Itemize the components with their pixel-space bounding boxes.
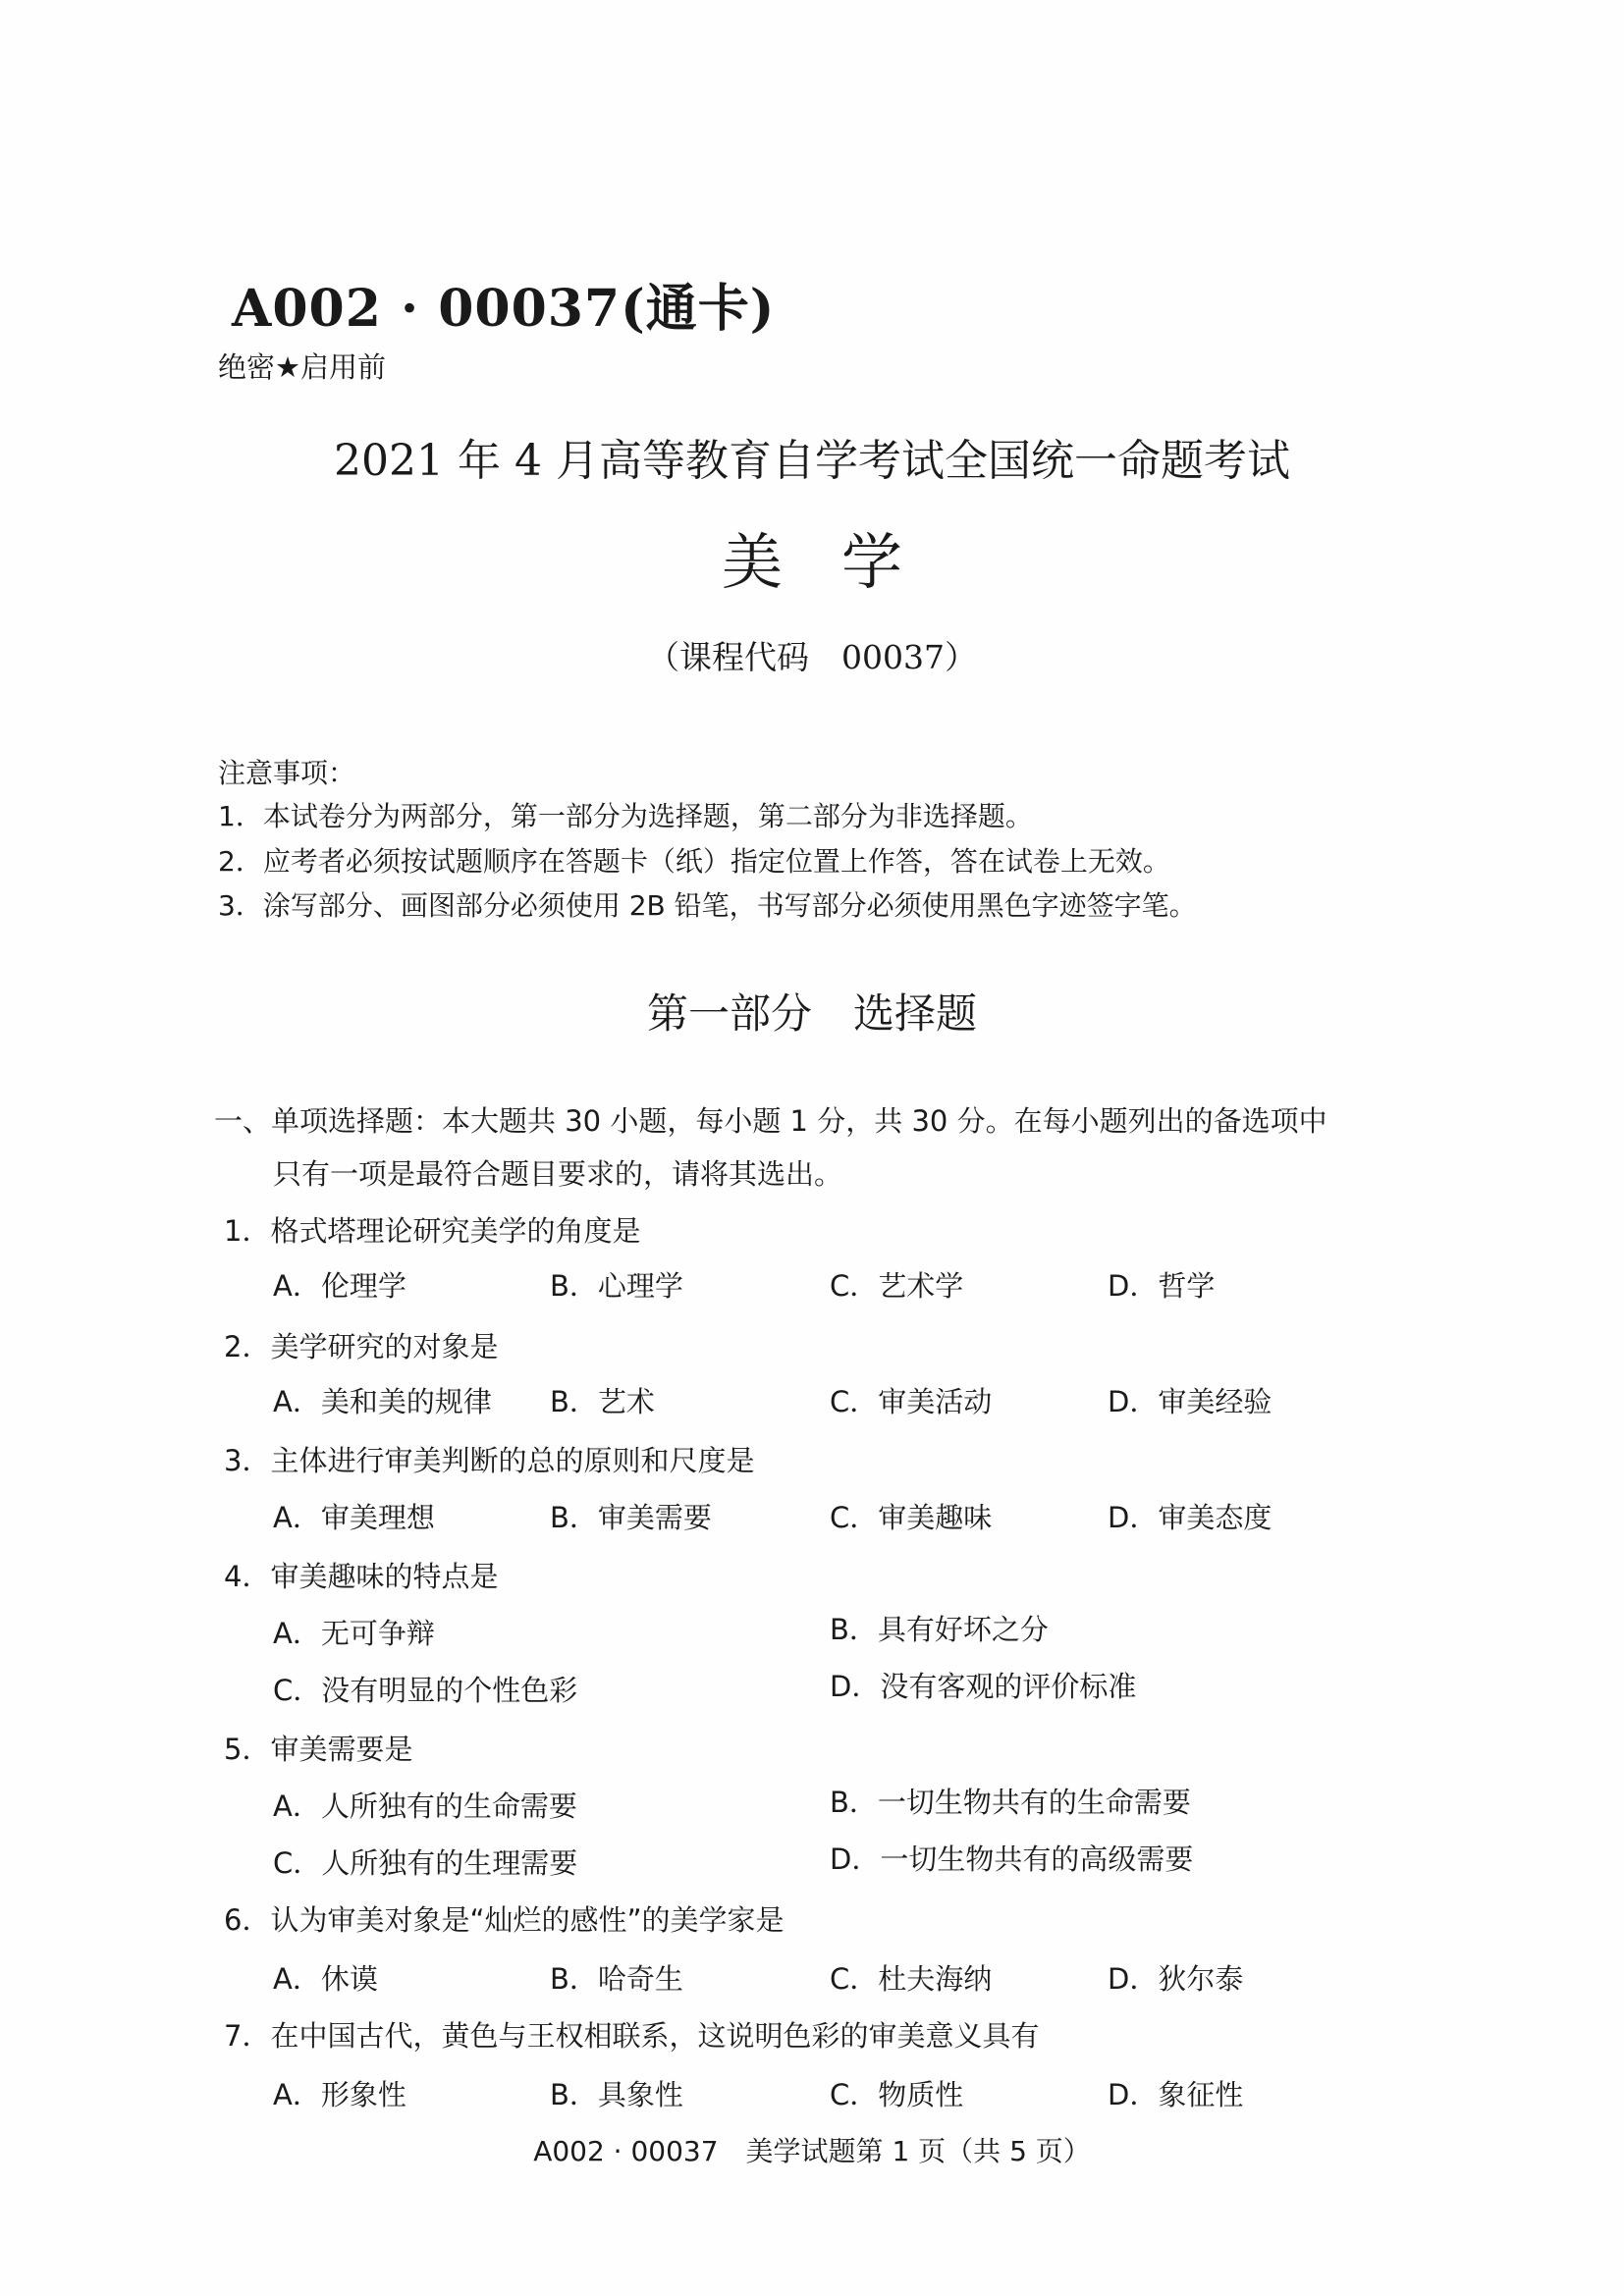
question-stem: 6．认为审美对象是“灿烂的感性”的美学家是 xyxy=(224,1898,785,1939)
option-b: B．哈奇生 xyxy=(550,1957,683,1998)
option-b: B．心理学 xyxy=(550,1264,683,1305)
option-c: C．审美活动 xyxy=(830,1380,992,1420)
option-a: A．休谟 xyxy=(273,1957,378,1998)
option-d: D．狄尔泰 xyxy=(1108,1957,1243,1998)
subject-title: 美学 xyxy=(0,513,1624,601)
notice-item: 3．涂写部分、画图部分必须使用 2B 铅笔，书写部分必须使用黑色字迹签字笔。 xyxy=(218,884,1197,924)
paper-code: A002 · 00037(通卡) xyxy=(232,267,775,341)
option-d: D．哲学 xyxy=(1108,1264,1215,1305)
option-d: D．没有客观的评价标准 xyxy=(830,1665,1136,1705)
part-title: 第一部分 选择题 xyxy=(0,982,1624,1041)
confidentiality-label: 绝密★启用前 xyxy=(218,346,386,386)
option-b: B．艺术 xyxy=(550,1380,655,1420)
section-instruction: 一、单项选择题：本大题共 30 小题，每小题 1 分，共 30 分。在每小题列出… xyxy=(214,1099,1327,1140)
notice-heading: 注意事项： xyxy=(218,752,355,791)
option-a: A．人所独有的生命需要 xyxy=(273,1785,577,1825)
option-b: B．具象性 xyxy=(550,2073,683,2113)
question-stem: 2．美学研究的对象是 xyxy=(224,1325,498,1365)
exam-title: 2021 年 4 月高等教育自学考试全国统一命题考试 xyxy=(0,425,1624,488)
option-a: A．伦理学 xyxy=(273,1264,406,1305)
option-c: C．人所独有的生理需要 xyxy=(273,1842,577,1882)
notice-item: 2．应考者必须按试题顺序在答题卡（纸）指定位置上作答，答在试卷上无效。 xyxy=(218,840,1170,880)
question-stem: 3．主体进行审美判断的总的原则和尺度是 xyxy=(224,1439,754,1479)
notice-item: 1．本试卷分为两部分，第一部分为选择题，第二部分为非选择题。 xyxy=(218,795,1033,834)
exam-page: A002 · 00037(通卡) 绝密★启用前 2021 年 4 月高等教育自学… xyxy=(0,0,1624,2296)
option-a: A．形象性 xyxy=(273,2073,406,2113)
option-b: B．一切生物共有的生命需要 xyxy=(830,1781,1191,1821)
option-c: C．没有明显的个性色彩 xyxy=(273,1669,577,1709)
option-a: A．美和美的规律 xyxy=(273,1380,492,1420)
question-stem: 7．在中国古代，黄色与王权相联系，这说明色彩的审美意义具有 xyxy=(224,2014,1039,2055)
question-stem: 5．审美需要是 xyxy=(224,1728,412,1768)
option-d: D．一切生物共有的高级需要 xyxy=(830,1838,1193,1878)
option-c: C．杜夫海纳 xyxy=(830,1957,992,1998)
option-d: D．象征性 xyxy=(1108,2073,1243,2113)
option-b: B．审美需要 xyxy=(550,1496,712,1536)
page-footer: A002 · 00037 美学试题第 1 页（共 5 页） xyxy=(0,2130,1624,2169)
question-stem: 4．审美趣味的特点是 xyxy=(224,1555,498,1595)
option-c: C．审美趣味 xyxy=(830,1496,992,1536)
course-code: （课程代码 00037） xyxy=(0,632,1624,678)
option-a: A．审美理想 xyxy=(273,1496,435,1536)
option-a: A．无可争辩 xyxy=(273,1612,435,1652)
question-stem: 1．格式塔理论研究美学的角度是 xyxy=(224,1209,640,1250)
option-c: C．物质性 xyxy=(830,2073,963,2113)
option-c: C．艺术学 xyxy=(830,1264,963,1305)
option-d: D．审美经验 xyxy=(1108,1380,1272,1420)
section-instruction-cont: 只有一项是最符合题目要求的，请将其选出。 xyxy=(273,1152,842,1193)
option-b: B．具有好坏之分 xyxy=(830,1608,1049,1648)
option-d: D．审美态度 xyxy=(1108,1496,1272,1536)
